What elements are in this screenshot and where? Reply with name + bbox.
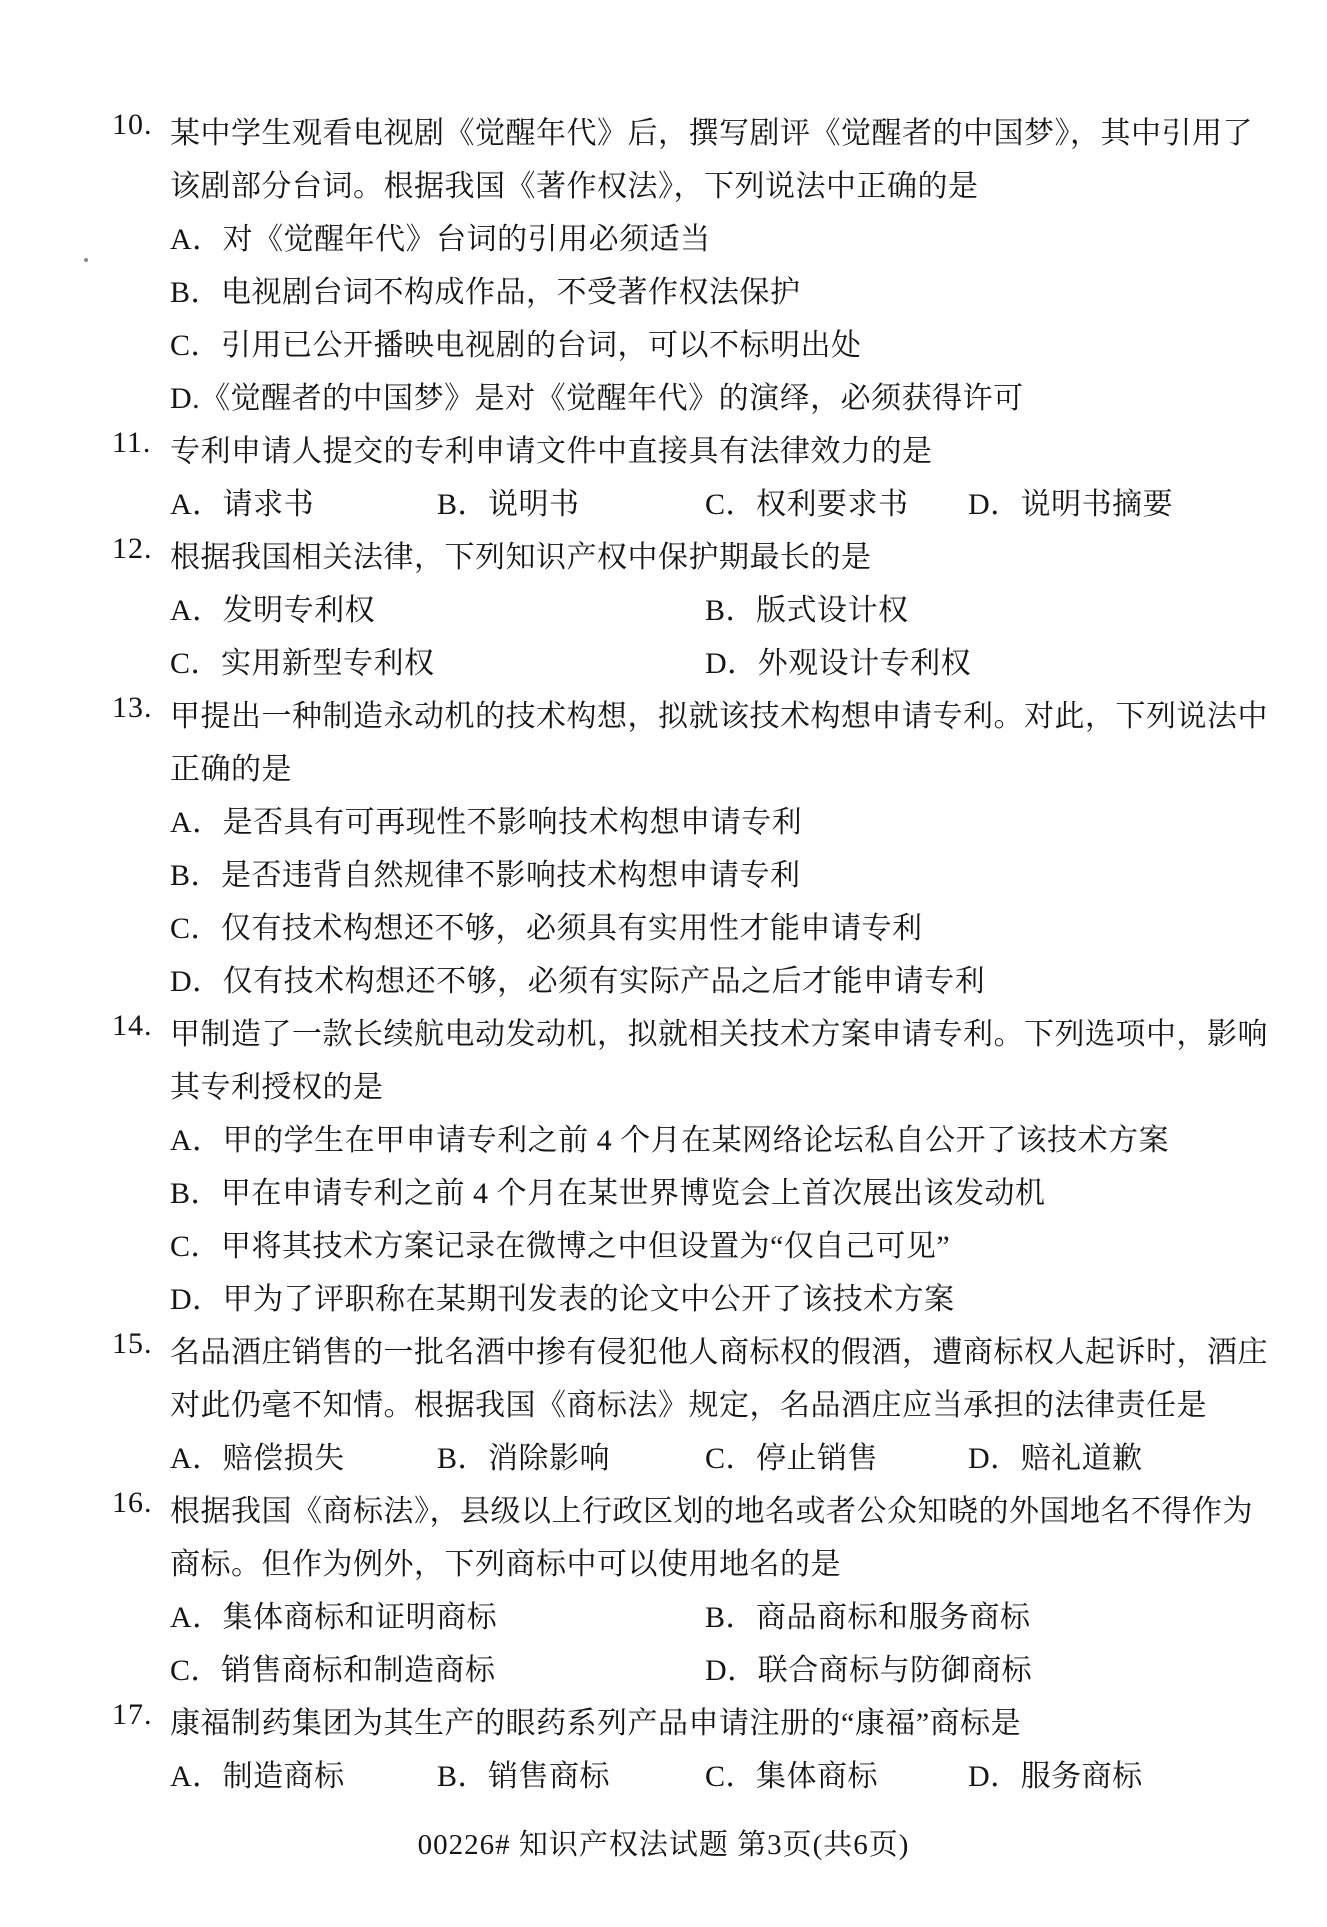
option-c: C．甲将其技术方案记录在微博之中但设置为“仅自己可见” xyxy=(170,1221,950,1265)
option-c: C．权利要求书 xyxy=(705,479,909,523)
question-stem-line: 正确的是 xyxy=(170,744,292,788)
option-d: D．说明书摘要 xyxy=(968,479,1173,523)
option-d: D．联合商标与防御商标 xyxy=(705,1645,1032,1689)
question-number: 14. xyxy=(112,1009,153,1043)
question-stem-line: 商标。但作为例外，下列商标中可以使用地名的是 xyxy=(170,1539,841,1583)
option-c: C．销售商标和制造商标 xyxy=(170,1645,496,1689)
question-number: 11. xyxy=(112,426,151,460)
question-number: 12. xyxy=(112,532,153,566)
question-number: 10. xyxy=(112,108,153,142)
option-a: A．发明专利权 xyxy=(170,585,375,629)
option-b: B．消除影响 xyxy=(437,1433,610,1477)
question-12: 12. 根据我国相关法律，下列知识产权中保护期最长的是 A．发明专利权 B．版式… xyxy=(0,532,1327,691)
question-14: 14. 甲制造了一款长续航电动发动机，拟就相关技术方案申请专利。下列选项中，影响… xyxy=(0,1009,1327,1327)
option-a: A．请求书 xyxy=(170,479,314,523)
question-17: 17. 康福制药集团为其生产的眼药系列产品申请注册的“康福”商标是 A．制造商标… xyxy=(0,1698,1327,1804)
question-number: 13. xyxy=(112,691,153,725)
question-10: 10. 某中学生观看电视剧《觉醒年代》后，撰写剧评《觉醒者的中国梦》，其中引用了… xyxy=(0,108,1327,426)
option-b: B．电视剧台词不构成作品，不受著作权法保护 xyxy=(170,267,801,311)
option-a: A．对《觉醒年代》台词的引用必须适当 xyxy=(170,214,711,258)
option-a: A．制造商标 xyxy=(170,1751,345,1795)
question-11: 11. 专利申请人提交的专利申请文件中直接具有法律效力的是 A．请求书 B．说明… xyxy=(0,426,1327,532)
question-stem-line: 某中学生观看电视剧《觉醒年代》后，撰写剧评《觉醒者的中国梦》，其中引用了 xyxy=(170,108,1253,152)
option-d: D．赔礼道歉 xyxy=(968,1433,1143,1477)
question-stem-line: 康福制药集团为其生产的眼药系列产品申请注册的“康福”商标是 xyxy=(170,1698,1021,1742)
question-15: 15. 名品酒庄销售的一批名酒中掺有侵犯他人商标权的假酒，遭商标权人起诉时，酒庄… xyxy=(0,1327,1327,1486)
option-a: A．赔偿损失 xyxy=(170,1433,345,1477)
option-b: B．说明书 xyxy=(437,479,580,523)
question-number: 16. xyxy=(112,1486,153,1520)
page-footer: 00226# 知识产权法试题 第3页(共6页) xyxy=(0,1822,1327,1863)
option-a: A．甲的学生在甲申请专利之前 4 个月在某网络论坛私自公开了该技术方案 xyxy=(170,1115,1169,1159)
option-b: B．是否违背自然规律不影响技术构想申请专利 xyxy=(170,850,801,894)
question-stem-line: 对此仍毫不知情。根据我国《商标法》规定，名品酒庄应当承担的法律责任是 xyxy=(170,1380,1207,1424)
option-b: B．版式设计权 xyxy=(705,585,909,629)
option-d: D.《觉醒者的中国梦》是对《觉醒年代》的演绎，必须获得许可 xyxy=(170,373,1024,417)
option-c: C．仅有技术构想还不够，必须具有实用性才能申请专利 xyxy=(170,903,923,947)
question-stem-line: 其专利授权的是 xyxy=(170,1062,384,1106)
question-stem-line: 甲制造了一款长续航电动发动机，拟就相关技术方案申请专利。下列选项中，影响 xyxy=(170,1009,1268,1053)
question-16: 16. 根据我国《商标法》，县级以上行政区划的地名或者公众知晓的外国地名不得作为… xyxy=(0,1486,1327,1698)
question-stem-line: 根据我国《商标法》，县级以上行政区划的地名或者公众知晓的外国地名不得作为 xyxy=(170,1486,1253,1530)
question-stem-line: 名品酒庄销售的一批名酒中掺有侵犯他人商标权的假酒，遭商标权人起诉时，酒庄 xyxy=(170,1327,1268,1371)
option-a: A．集体商标和证明商标 xyxy=(170,1592,497,1636)
option-d: D．甲为了评职称在某期刊发表的论文中公开了该技术方案 xyxy=(170,1274,955,1318)
option-d: D．仅有技术构想还不够，必须有实际产品之后才能申请专利 xyxy=(170,956,985,1000)
question-number: 17. xyxy=(112,1698,153,1732)
option-d: D．外观设计专利权 xyxy=(705,638,971,682)
option-c: C．停止销售 xyxy=(705,1433,878,1477)
exam-page-scan: 10. 某中学生观看电视剧《觉醒年代》后，撰写剧评《觉醒者的中国梦》，其中引用了… xyxy=(0,0,1327,1927)
question-stem-line: 该剧部分台词。根据我国《著作权法》，下列说法中正确的是 xyxy=(170,161,979,205)
option-c: C．引用已公开播映电视剧的台词，可以不标明出处 xyxy=(170,320,862,364)
option-d: D．服务商标 xyxy=(968,1751,1143,1795)
option-a: A．是否具有可再现性不影响技术构想申请专利 xyxy=(170,797,802,841)
question-stem-line: 专利申请人提交的专利申请文件中直接具有法律效力的是 xyxy=(170,426,933,470)
question-stem-line: 根据我国相关法律，下列知识产权中保护期最长的是 xyxy=(170,532,872,576)
option-b: B．甲在申请专利之前 4 个月在某世界博览会上首次展出该发动机 xyxy=(170,1168,1046,1212)
question-number: 15. xyxy=(112,1327,153,1361)
option-c: C．集体商标 xyxy=(705,1751,878,1795)
option-b: B．商品商标和服务商标 xyxy=(705,1592,1031,1636)
question-stem-line: 甲提出一种制造永动机的技术构想，拟就该技术构想申请专利。对此，下列说法中 xyxy=(170,691,1268,735)
questions-area: 10. 某中学生观看电视剧《觉醒年代》后，撰写剧评《觉醒者的中国梦》，其中引用了… xyxy=(0,108,1327,1804)
question-13: 13. 甲提出一种制造永动机的技术构想，拟就该技术构想申请专利。对此，下列说法中… xyxy=(0,691,1327,1009)
option-b: B．销售商标 xyxy=(437,1751,610,1795)
option-c: C．实用新型专利权 xyxy=(170,638,435,682)
